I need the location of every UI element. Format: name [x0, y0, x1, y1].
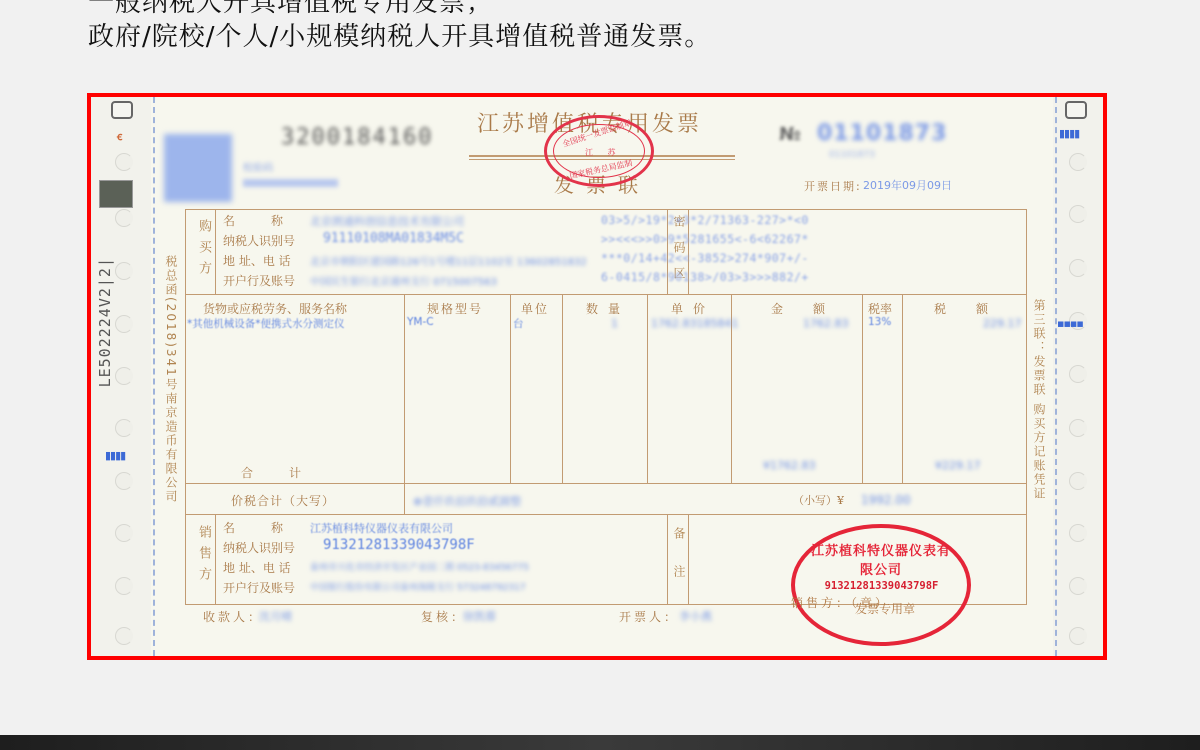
divider	[667, 514, 668, 605]
grand-total-figure: 1992.00	[861, 493, 911, 507]
blue-registration-mark: ▮▮▮▮	[105, 449, 125, 462]
buyer-bank: 中国民生银行北京通州支行 0715007563	[310, 273, 497, 288]
buyer-taxid: 91110108MA01834M5C	[323, 231, 464, 246]
registration-mark-icon: ꞓ	[117, 129, 121, 144]
dark-calibration-block	[99, 180, 133, 208]
buyer-taxid-label: 纳税人识别号	[223, 232, 295, 249]
totals-amount: ¥1762.83	[763, 459, 816, 472]
cipher-line: >><<<>>0>9*5281655<-6<62267*	[601, 232, 809, 246]
divider	[185, 294, 1027, 295]
seller-invoice-stamp: 江苏植科特仪器仪表有限公司 91321281339043798F 发票专用章	[791, 524, 971, 646]
seller-seal-label: 销售方：（章）	[791, 594, 890, 611]
invoice-paper: ꞓ LE502224V2|2| ▮▮▮▮ 税总函(2018)341号南京造币有限…	[91, 97, 1103, 656]
tractor-hole-icon	[1069, 524, 1087, 542]
issuer-name: 李小燕	[679, 608, 712, 624]
item-unit-price: 1762.83185841	[651, 317, 738, 330]
seller-bank: 中国银行股份有限公司泰州海陵支行 573248792317	[310, 580, 526, 593]
buyer-section-label: 购买方	[194, 219, 213, 282]
tractor-hole-icon	[1069, 365, 1087, 383]
tractor-hole-icon	[1069, 472, 1087, 490]
totals-label: 合 计	[241, 464, 301, 481]
issue-date-label: 开票日期:	[804, 178, 862, 194]
item-tax: 229.17	[983, 317, 1022, 330]
col-header-spec: 规格型号	[427, 300, 483, 317]
seller-section-label: 销售方	[194, 525, 213, 588]
col-header-qty: 数量	[586, 300, 630, 317]
divider	[862, 294, 863, 483]
divider	[902, 294, 903, 483]
header-small-text: 校验码	[243, 159, 273, 174]
caption-line-2: 政府/院校/个人/小规模纳税人开具增值税普通发票。	[88, 16, 711, 53]
header-small-text	[243, 179, 338, 187]
seller-name-label: 名 称	[223, 519, 283, 536]
tractor-hole-icon	[1069, 419, 1087, 437]
divider	[404, 294, 405, 514]
remarks-label: 备注	[671, 527, 688, 603]
right-perforation	[1055, 97, 1057, 656]
seller-taxid-label: 纳税人识别号	[223, 539, 295, 556]
tractor-hole-icon	[115, 419, 133, 437]
divider	[562, 294, 563, 483]
divider	[688, 514, 689, 605]
cipher-line: 03>5/>19*2+3*2/71363-227>*<0	[601, 213, 809, 227]
seller-taxid: 91321281339043798F	[323, 537, 475, 553]
item-quantity: 1	[611, 317, 618, 330]
stamp-company: 江苏植科特仪器仪表有限公司	[805, 540, 957, 578]
left-perforation	[153, 97, 155, 656]
blue-registration-mark: ▪▪▪▪	[1057, 317, 1083, 330]
col-header-price: 单价	[671, 300, 715, 317]
buyer-address: 北京市朝阳区建国路126号1号楼11层1102室 13602851832	[310, 253, 587, 268]
buyer-name-label: 名 称	[223, 212, 283, 229]
invoice-number-sub: 01101873	[829, 150, 875, 160]
col-header-amount: 金额	[771, 300, 855, 317]
tractor-hole-icon	[1069, 627, 1087, 645]
invoice-image-frame: ꞓ LE502224V2|2| ▮▮▮▮ 税总函(2018)341号南京造币有限…	[87, 93, 1107, 660]
square-hole-icon	[111, 101, 133, 119]
cipher-line: ***0/14+42<<-3852>274*907+/-	[601, 251, 809, 265]
grand-total-label: 价税合计（大写）	[231, 492, 335, 509]
seller-address: 泰州市兴化市经济开发区产业园二期 0523-83456775	[310, 560, 529, 573]
stamp-taxid: 91321281339043798F	[809, 580, 954, 592]
right-margin-note: 第三联：发票联 购买方记账凭证	[1031, 299, 1048, 509]
col-header-unit: 单位	[521, 300, 549, 317]
buyer-bank-label: 开户行及账号	[223, 272, 295, 289]
invoice-number: 01101873	[817, 121, 947, 146]
item-amount: 1762.83	[803, 317, 849, 330]
buyer-address-label: 地 址、电 话	[223, 252, 291, 269]
divider	[185, 514, 1027, 515]
tractor-hole-icon	[115, 153, 133, 171]
item-spec: YM-C	[407, 316, 434, 328]
col-header-tax: 税额	[934, 300, 1018, 317]
issuer-label: 开票人：	[619, 608, 679, 625]
bottom-dark-band	[0, 735, 1200, 750]
number-label: №	[779, 124, 801, 145]
divider	[185, 483, 1027, 484]
seller-bank-label: 开户行及账号	[223, 579, 295, 596]
item-name: *其他机械设备*便携式水分测定仪	[187, 316, 345, 331]
invoice-code: 3200184160	[281, 125, 433, 150]
reviewer-label: 复核：	[421, 608, 466, 625]
divider	[215, 514, 216, 605]
totals-tax: ¥229.17	[935, 459, 981, 472]
reviewer-name: 徐凯蓉	[463, 608, 496, 624]
tractor-hole-icon	[115, 627, 133, 645]
item-unit: 台	[513, 316, 524, 331]
left-margin-note: 税总函(2018)341号南京造币有限公司	[163, 255, 180, 504]
grand-total-words: ⊗壹仟玖佰玖拾贰圆整	[413, 493, 521, 509]
left-margin-code: LE502224V2|2|	[96, 257, 114, 387]
divider	[647, 294, 648, 483]
payee-name: 沈月晴	[259, 608, 292, 624]
seller-address-label: 地 址、电 话	[223, 559, 291, 576]
buyer-name: 北京朗通科创信息技术有限公司	[310, 213, 464, 229]
blue-registration-mark: ▮▮▮▮	[1059, 127, 1079, 140]
cipher-line: 6-0415/8*90138>/03>3>>>882/+	[601, 270, 809, 284]
square-hole-icon	[1065, 101, 1087, 119]
tractor-hole-icon	[115, 367, 133, 385]
issue-date: 2019年09月09日	[863, 177, 952, 193]
grand-total-small-label: （小写）¥	[793, 492, 844, 508]
tractor-hole-icon	[1069, 205, 1087, 223]
tractor-hole-icon	[1069, 153, 1087, 171]
tax-authority-stamp: 全国统一发票监制章 江 苏 国家税务总局监制	[544, 115, 654, 187]
item-tax-rate: 13%	[868, 316, 891, 328]
seller-name: 江苏植科特仪器仪表有限公司	[310, 520, 453, 536]
col-header-item: 货物或应税劳务、服务名称	[203, 300, 347, 317]
qr-code	[164, 134, 232, 202]
divider	[510, 294, 511, 483]
tractor-hole-icon	[1069, 259, 1087, 277]
tractor-hole-icon	[115, 315, 133, 333]
payee-label: 收款人：	[203, 608, 263, 625]
tractor-hole-icon	[115, 577, 133, 595]
tractor-hole-icon	[115, 262, 133, 280]
tractor-hole-icon	[115, 209, 133, 227]
tractor-hole-icon	[1069, 577, 1087, 595]
tractor-hole-icon	[115, 472, 133, 490]
divider	[215, 209, 216, 294]
col-header-rate: 税率	[868, 300, 892, 317]
tractor-hole-icon	[115, 524, 133, 542]
